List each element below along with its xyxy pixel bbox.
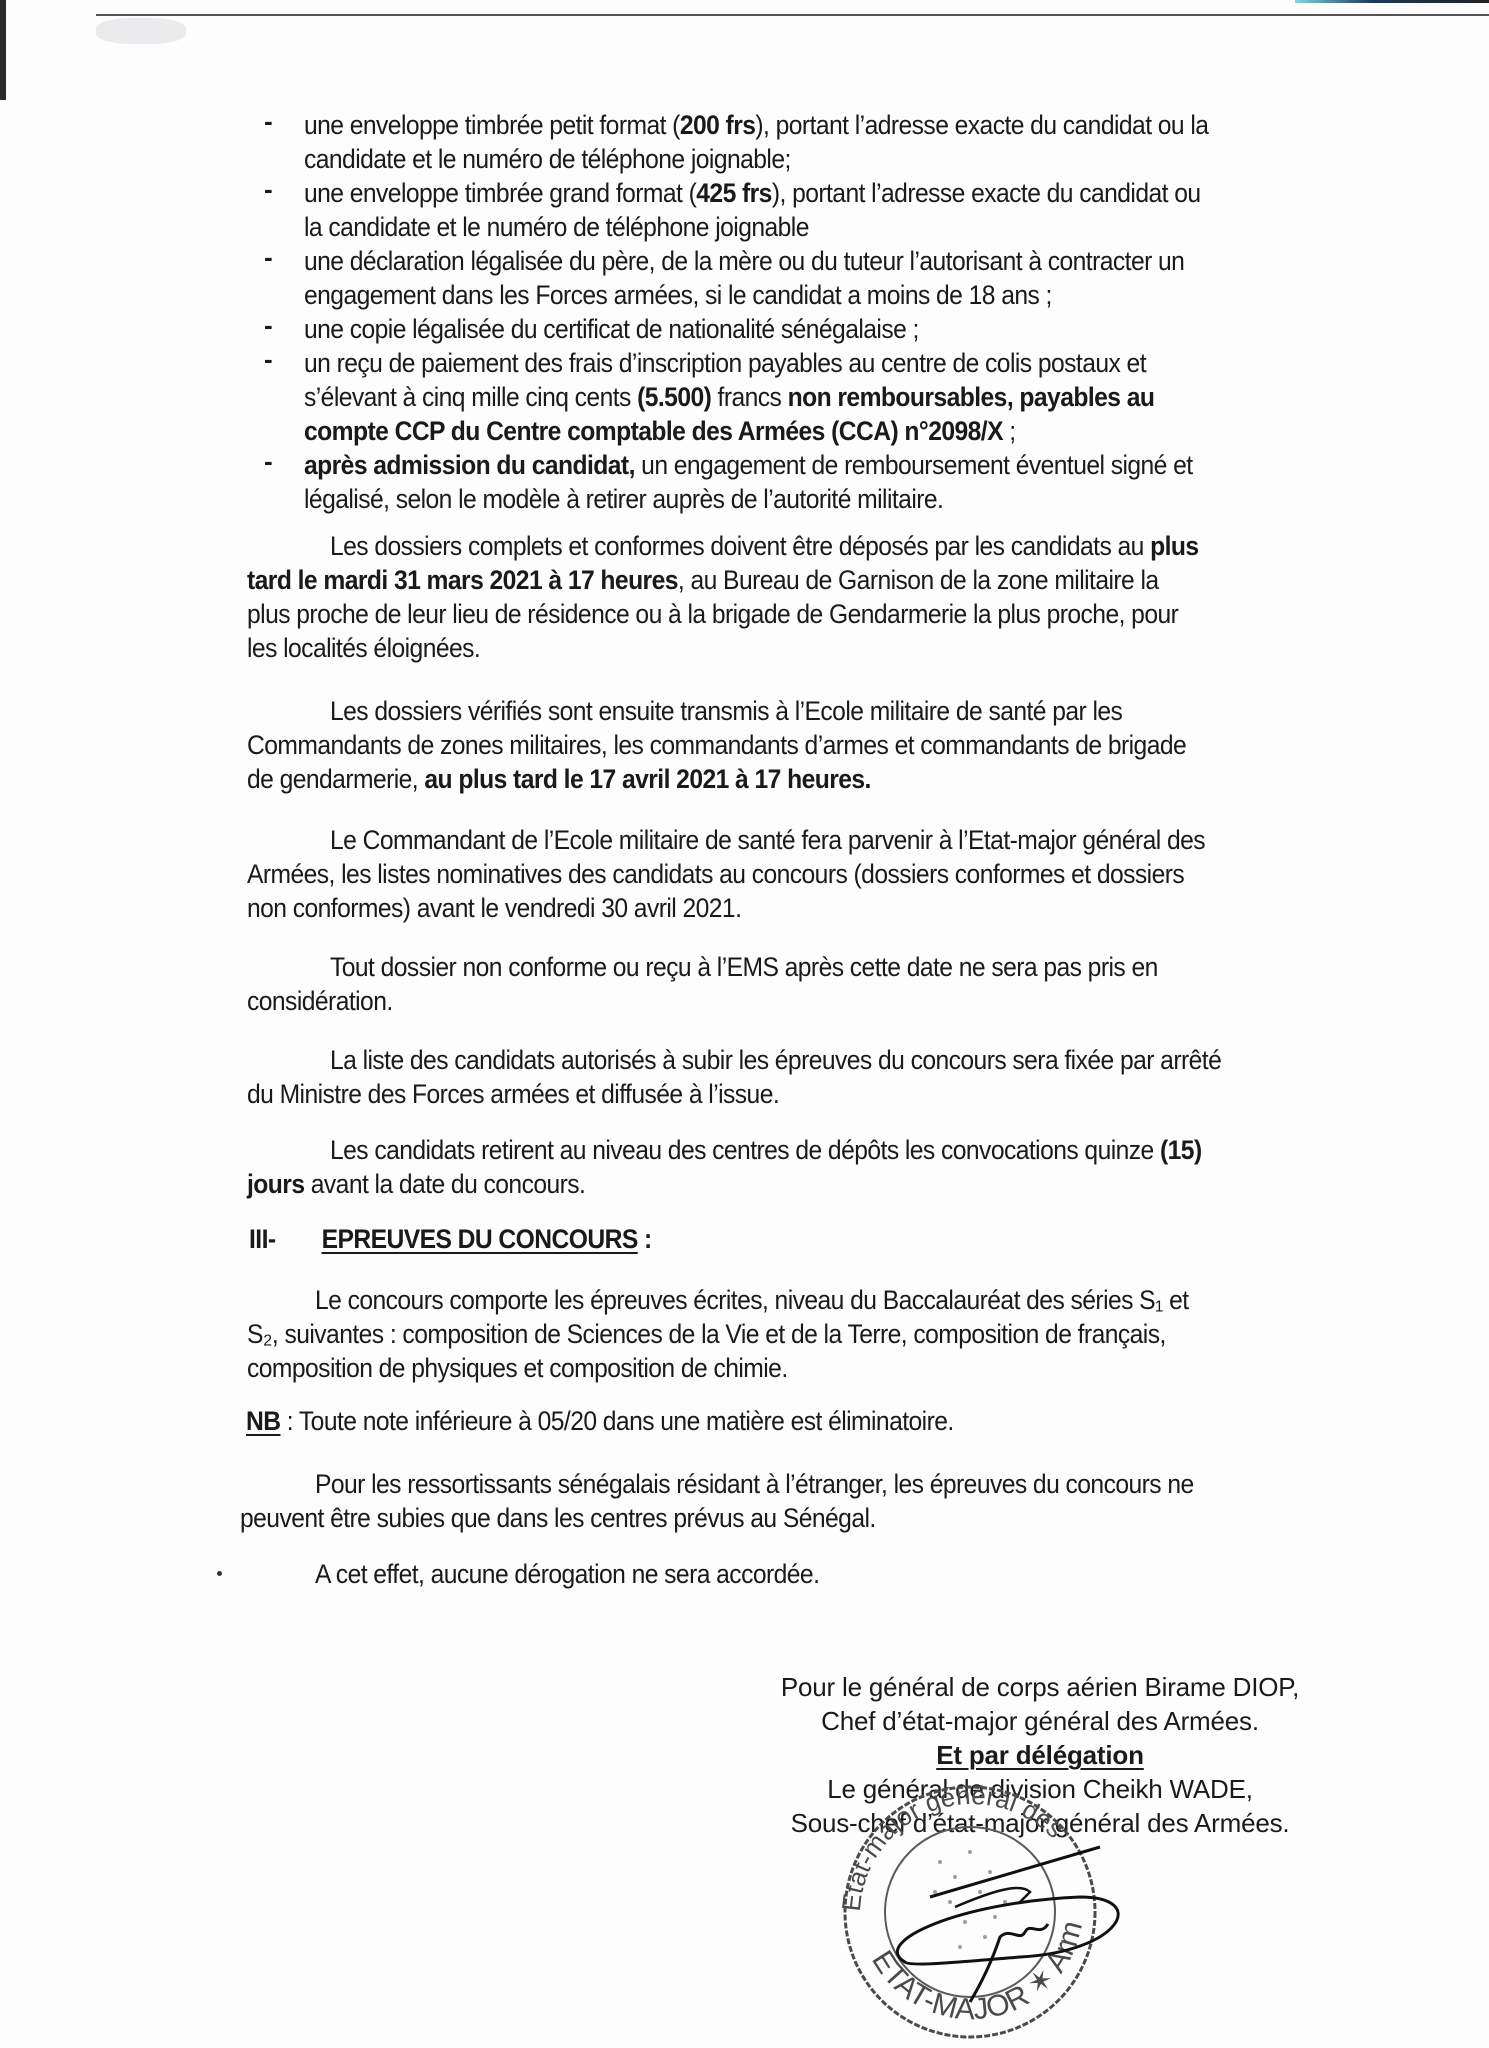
bold-text: (5.500) <box>637 382 711 412</box>
bold-text: 425 frs <box>696 178 772 208</box>
dash-bullet-icon: - <box>264 174 273 205</box>
closing-paragraph-line: A cet effet, aucune dérogation ne sera a… <box>315 1557 819 1591</box>
paragraph-line: les localités éloignées. <box>247 631 480 665</box>
paragraph-line: du Ministre des Forces armées et diffusé… <box>247 1077 779 1111</box>
closing-paragraph-line: peuvent être subies que dans les centres… <box>240 1501 876 1535</box>
text-run: un engagement de remboursement éventuel … <box>635 450 1193 480</box>
paragraph-line: jours avant la date du concours. <box>247 1167 585 1201</box>
paragraph-line: La liste des candidats autorisés à subir… <box>330 1043 1221 1077</box>
paragraph-line: considération. <box>247 984 393 1018</box>
text-run: Pour les ressortissants sénégalais résid… <box>315 1469 1194 1499</box>
paragraph-line: Commandants de zones militaires, les com… <box>247 728 1186 762</box>
paragraph-line: non conformes) avant le vendredi 30 avri… <box>247 891 741 925</box>
bold-text: 200 frs <box>680 110 756 140</box>
text-run: Commandants de zones militaires, les com… <box>247 730 1186 760</box>
bullet-line: un reçu de paiement des frais d’inscript… <box>304 346 1146 380</box>
paragraph-line: tard le mardi 31 mars 2021 à 17 heures, … <box>247 563 1159 597</box>
text-run: S₂, suivantes : composition de Sciences … <box>247 1319 1166 1349</box>
bullet-line: compte CCP du Centre comptable des Armée… <box>304 414 1016 448</box>
section-paragraph-line: composition de physiques et composition … <box>247 1351 788 1385</box>
bullet-line: une déclaration légalisée du père, de la… <box>304 244 1184 278</box>
text-run: Armées, les listes nominatives des candi… <box>247 859 1184 889</box>
scan-smudge <box>96 18 186 44</box>
text-run: de gendarmerie, <box>247 764 424 794</box>
text-run: s’élevant à cinq mille cinq cents <box>304 382 637 412</box>
closing-paragraph-line: Pour les ressortissants sénégalais résid… <box>315 1467 1194 1501</box>
official-stamp-icon: Etat-major général des ETAT-MAJOR ✶ Armé… <box>820 1752 1120 2042</box>
section-title-suffix: : <box>638 1224 652 1254</box>
section-title: EPREUVES DU CONCOURS <box>322 1224 638 1254</box>
text-run: , au Bureau de Garnison de la zone milit… <box>678 565 1159 595</box>
nb-text: : Toute note inférieure à 05/20 dans une… <box>280 1406 953 1436</box>
scan-edge <box>0 0 6 100</box>
text-run: considération. <box>247 986 393 1016</box>
text-run: avant la date du concours. <box>304 1169 585 1199</box>
text-run: légalisé, selon le modèle à retirer aupr… <box>304 484 943 514</box>
text-run: engagement dans les Forces armées, si le… <box>304 280 1052 310</box>
paragraph-line: Tout dossier non conforme ou reçu à l’EM… <box>330 950 1158 984</box>
text-run: Le concours comporte les épreuves écrite… <box>315 1285 1189 1315</box>
bold-text: compte CCP du Centre comptable des Armée… <box>304 416 1003 446</box>
bold-text: jours <box>247 1169 304 1199</box>
dash-bullet-icon: - <box>264 310 273 341</box>
text-run: Les dossiers vérifiés sont ensuite trans… <box>330 696 1122 726</box>
text-run: francs <box>711 382 787 412</box>
text-run: un reçu de paiement des frais d’inscript… <box>304 348 1146 378</box>
text-run: une copie légalisée du certificat de nat… <box>304 314 919 344</box>
signature-line-2: Chef d’état-major général des Armées. <box>740 1704 1340 1738</box>
text-run: la candidate et le numéro de téléphone j… <box>304 212 809 242</box>
dash-bullet-icon: - <box>264 242 273 273</box>
text-run: une déclaration légalisée du père, de la… <box>304 246 1184 276</box>
bold-text: au plus tard le 17 avril 2021 à 17 heure… <box>424 764 870 794</box>
bullet-line: une enveloppe timbrée grand format (425 … <box>304 176 1201 210</box>
text-run: Les dossiers complets et conformes doive… <box>330 531 1150 561</box>
bullet-dot <box>217 1571 222 1576</box>
text-run: ; <box>1003 416 1016 446</box>
signature-line-1: Pour le général de corps aérien Birame D… <box>740 1670 1340 1704</box>
text-run: les localités éloignées. <box>247 633 480 663</box>
text-run: Le Commandant de l’Ecole militaire de sa… <box>330 825 1205 855</box>
paragraph-line: Le Commandant de l’Ecole militaire de sa… <box>330 823 1205 857</box>
paragraph-line: de gendarmerie, au plus tard le 17 avril… <box>247 762 871 796</box>
section-paragraph-line: S₂, suivantes : composition de Sciences … <box>247 1317 1166 1351</box>
text-run: candidate et le numéro de téléphone joig… <box>304 144 791 174</box>
text-run: La liste des candidats autorisés à subir… <box>330 1045 1221 1075</box>
bullet-line: la candidate et le numéro de téléphone j… <box>304 210 809 244</box>
paragraph-line: Les dossiers vérifiés sont ensuite trans… <box>330 694 1122 728</box>
text-run: composition de physiques et composition … <box>247 1353 788 1383</box>
paragraph-line: plus proche de leur lieu de résidence ou… <box>247 597 1178 631</box>
bold-text: (15) <box>1160 1135 1202 1165</box>
scanned-document-page: -une enveloppe timbrée petit format (200… <box>0 0 1489 2048</box>
text-run: peuvent être subies que dans les centres… <box>240 1503 876 1533</box>
bullet-line: après admission du candidat, un engageme… <box>304 448 1193 482</box>
section-paragraph-line: Le concours comporte les épreuves écrite… <box>315 1283 1189 1317</box>
text-run: Tout dossier non conforme ou reçu à l’EM… <box>330 952 1158 982</box>
bold-text: après admission du candidat, <box>304 450 635 480</box>
paragraph-line: Armées, les listes nominatives des candi… <box>247 857 1184 891</box>
bullet-line: s’élevant à cinq mille cinq cents (5.500… <box>304 380 1154 414</box>
text-run: ), portant l’adresse exacte du candidat … <box>772 178 1201 208</box>
text-run: ), portant l’adresse exacte du candidat … <box>755 110 1208 140</box>
dash-bullet-icon: - <box>264 446 273 477</box>
bullet-line: une enveloppe timbrée petit format (200 … <box>304 108 1208 142</box>
svg-text:Etat-major général des: Etat-major général des <box>836 1780 1071 1913</box>
text-run: une enveloppe timbrée petit format ( <box>304 110 680 140</box>
scan-corner-artifact <box>1295 0 1489 3</box>
top-rule-line <box>96 14 1489 16</box>
text-run: plus proche de leur lieu de résidence ou… <box>247 599 1178 629</box>
bullet-line: engagement dans les Forces armées, si le… <box>304 278 1052 312</box>
paragraph-line: Les dossiers complets et conformes doive… <box>330 529 1199 563</box>
paragraph-line: Les candidats retirent au niveau des cen… <box>330 1133 1202 1167</box>
bold-text: tard le mardi 31 mars 2021 à 17 heures <box>247 565 678 595</box>
bullet-line: une copie légalisée du certificat de nat… <box>304 312 919 346</box>
section-number: III- <box>249 1224 276 1254</box>
text-run: du Ministre des Forces armées et diffusé… <box>247 1079 779 1109</box>
text-run: A cet effet, aucune dérogation ne sera a… <box>315 1559 819 1589</box>
section-heading: III- EPREUVES DU CONCOURS : <box>249 1222 652 1256</box>
dash-bullet-icon: - <box>264 344 273 375</box>
text-run: Les candidats retirent au niveau des cen… <box>330 1135 1160 1165</box>
bullet-line: légalisé, selon le modèle à retirer aupr… <box>304 482 943 516</box>
bold-text: plus <box>1150 531 1198 561</box>
nb-label: NB <box>246 1406 280 1436</box>
bold-text: non remboursables, payables au <box>788 382 1155 412</box>
nb-note: NB : Toute note inférieure à 05/20 dans … <box>246 1404 954 1438</box>
text-run: non conformes) avant le vendredi 30 avri… <box>247 893 741 923</box>
bullet-line: candidate et le numéro de téléphone joig… <box>304 142 791 176</box>
text-run: une enveloppe timbrée grand format ( <box>304 178 696 208</box>
dash-bullet-icon: - <box>264 106 273 137</box>
